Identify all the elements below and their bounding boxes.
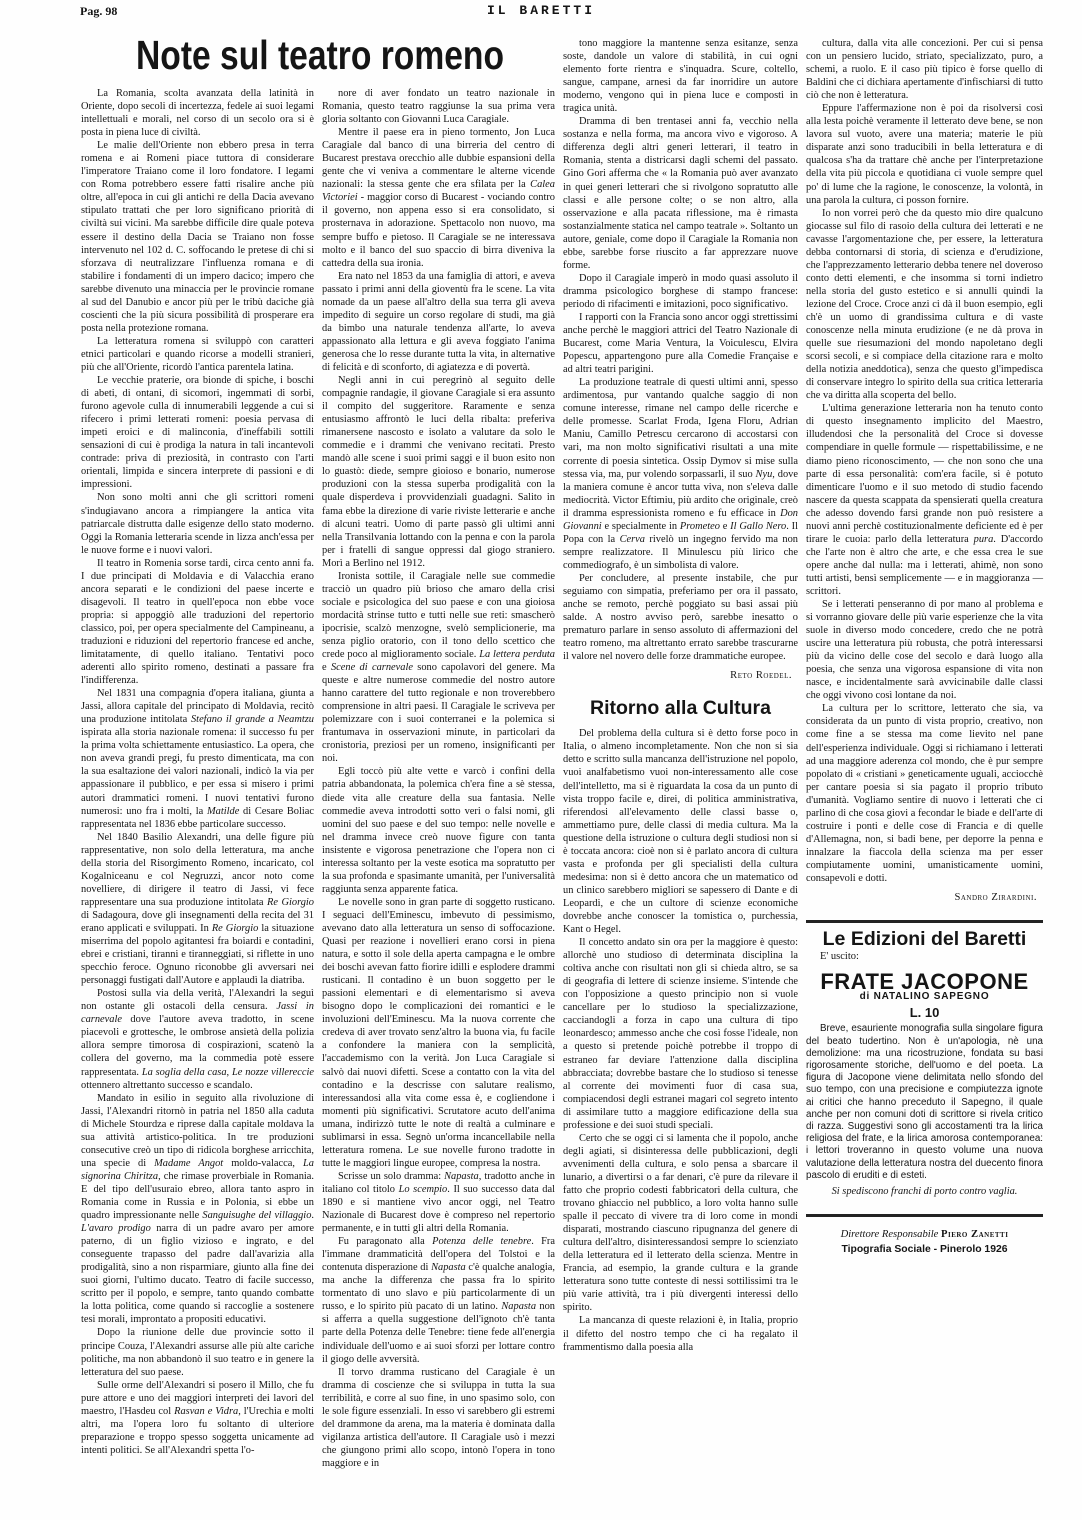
colophon: Direttore Responsabile Piero Zanetti Tip…: [806, 1227, 1043, 1257]
paragraph: Postosi sulla via della verità, l'Alexan…: [81, 987, 314, 1091]
article2-col4-text: cultura, dalla vita alle concezioni. Per…: [806, 37, 1043, 885]
column-2: nore di aver fondato un teatro nazionale…: [322, 87, 555, 1470]
paragraph: Se i letterati penseranno di por mano al…: [806, 598, 1043, 702]
paragraph: L'ultima generazione letteraria non ha t…: [806, 402, 1043, 598]
article-title: Note sul teatro romeno: [123, 32, 517, 79]
paragraph: Dopo il Caragiale imperò in modo quasi a…: [563, 272, 798, 311]
paragraph: Per concludere, al presente instabile, c…: [563, 572, 798, 663]
ad-description: Breve, esauriente monografia sulla singo…: [806, 1023, 1043, 1182]
paragraph: Dopo la riunione delle due provincie sot…: [81, 1326, 314, 1378]
divider-rule: [806, 920, 1043, 923]
paragraph: La mancanza di queste relazioni è, in It…: [563, 1314, 798, 1353]
paragraph: La letteratura romena si sviluppò con ca…: [81, 335, 314, 374]
paragraph: La cultura per lo scrittore, letterato c…: [806, 702, 1043, 885]
masthead: IL BARETTI: [0, 3, 1082, 18]
advertisement-box: Le Edizioni del Baretti E' uscito: FRATE…: [806, 933, 1043, 1198]
paragraph: Negli anni in cui peregrinò al seguito d…: [322, 374, 555, 570]
paragraph: Il torvo dramma rusticano del Caragiale …: [322, 1366, 555, 1470]
paragraph: La produzione teatrale di questi ultimi …: [563, 376, 798, 572]
paragraph: Non sono molti anni che gli scrittori ro…: [81, 491, 314, 556]
paragraph: Era nato nel 1853 da una famiglia di att…: [322, 270, 555, 374]
paragraph: Sulle orme dell'Alexandri si posero il M…: [81, 1379, 314, 1457]
paragraph: Dramma di ben trentasei anni fa, vecchio…: [563, 115, 798, 272]
paragraph: Nel 1840 Basilio Alexandri, una delle fi…: [81, 831, 314, 988]
paragraph: Mentre il paese era in pieno tormento, J…: [322, 126, 555, 270]
paragraph: Le novelle sono in gran parte di soggett…: [322, 896, 555, 1170]
divider-rule-bottom: [806, 1214, 1043, 1217]
article2-title: Ritorno alla Cultura: [563, 702, 798, 715]
paragraph: Eppure l'affermazione non è poi da risol…: [806, 102, 1043, 206]
paragraph: Del problema della cultura si è detto fo…: [563, 727, 798, 936]
author-signature-zirardini: Sandro Zirardini.: [806, 891, 1043, 904]
ad-book-title: FRATE JACOPONE: [806, 975, 1043, 988]
paragraph: Il concetto andato sin ora per la maggio…: [563, 936, 798, 1132]
paragraph: Il teatro in Romenia sorse tardi, circa …: [81, 557, 314, 687]
paragraph: Mandato in esilio in seguito alla rivolu…: [81, 1092, 314, 1327]
paragraph: La Romania, scolta avanzata della latini…: [81, 87, 314, 139]
paragraph: Certo che se oggi ci si lamenta che il p…: [563, 1132, 798, 1315]
ad-heading: Le Edizioni del Baretti: [806, 933, 1043, 946]
column-3: tono maggiore la mantenne senza esitanze…: [563, 37, 798, 1354]
column-1: La Romania, scolta avanzata della latini…: [81, 87, 314, 1457]
paragraph: Nel 1831 una compagnia d'opera italiana,…: [81, 687, 314, 831]
paragraph: Egli toccò più alte vette e varcò i conf…: [322, 765, 555, 895]
paragraph: Le vecchie praterie, ora bionde di spich…: [81, 374, 314, 491]
article2-col3-text: Del problema della cultura si è detto fo…: [563, 727, 798, 1353]
paragraph: Ironista sottile, il Caragiale nelle sue…: [322, 570, 555, 766]
author-signature-roedel: Reto Roedel.: [563, 669, 798, 682]
colophon-role: Direttore Responsabile: [841, 1229, 939, 1240]
ad-shipping-note: Si spediscono franchi di porto contro va…: [806, 1185, 1043, 1198]
paragraph: Le malie dell'Oriente non ebbero presa i…: [81, 139, 314, 335]
colophon-printer: Tipografia Sociale - Pinerolo 1926: [806, 1242, 1043, 1257]
paragraph: Io non vorrei però che da questo mio dir…: [806, 207, 1043, 403]
paragraph: tono maggiore la mantenne senza esitanze…: [563, 37, 798, 115]
paragraph: nore di aver fondato un teatro nazionale…: [322, 87, 555, 126]
ad-price: L. 10: [806, 1006, 1043, 1019]
column-4: cultura, dalla vita alle concezioni. Per…: [806, 37, 1043, 1257]
paragraph: cultura, dalla vita alle concezioni. Per…: [806, 37, 1043, 102]
paragraph: I rapporti con la Francia sono ancor ogg…: [563, 311, 798, 376]
colophon-director: Piero Zanetti: [941, 1229, 1008, 1240]
ad-subheading: E' uscito:: [820, 950, 1043, 963]
article1-col3-text: tono maggiore la mantenne senza esitanze…: [563, 37, 798, 663]
paragraph: Fu paragonato alla Potenza delle tenebre…: [322, 1235, 555, 1365]
paragraph: Scrisse un solo dramma: Napasta, tradott…: [322, 1170, 555, 1235]
